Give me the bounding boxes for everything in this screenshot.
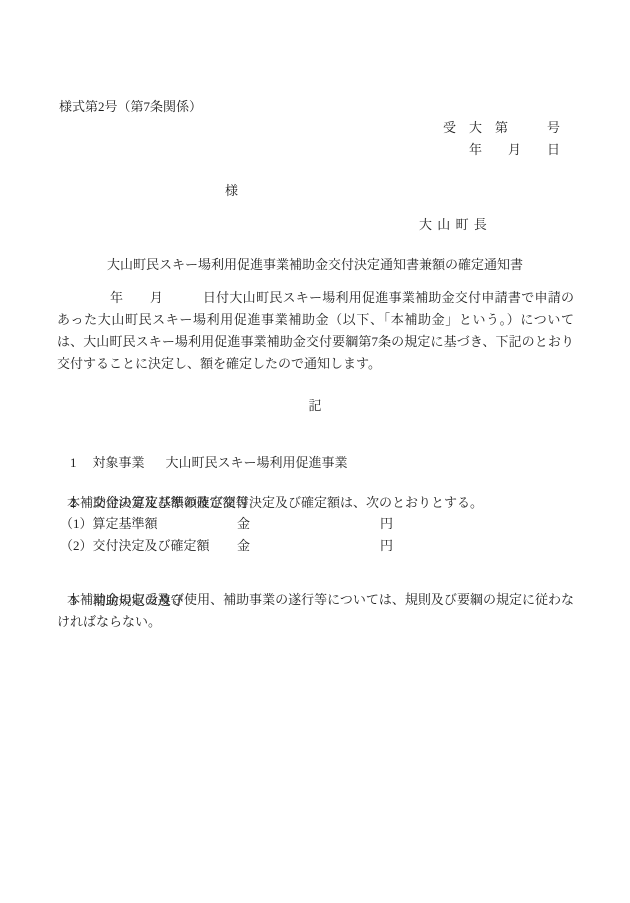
item-3-description: 本補助金の収受及び使用、補助事業の遂行等については、規則及び要綱の規定に従わなけ… — [57, 589, 574, 633]
amount-row-1-unit: 円 — [380, 513, 393, 535]
addressee-honorific: 様 — [225, 180, 238, 202]
amount-row-2-label: （2）交付決定及び確定額 — [60, 535, 210, 557]
amount-row-1-blank — [252, 513, 377, 531]
amount-row-base-amount: （1）算定基準額 金 円 — [0, 513, 630, 535]
form-number: 様式第2号（第7条関係） — [59, 96, 202, 118]
body-paragraph: 年 月 日付大山町民スキー場利用促進事業補助金交付申請書で申請のあった大山町民ス… — [57, 287, 574, 375]
sender-title: 大 山 町 長 — [419, 214, 488, 236]
amount-row-2-blank — [252, 535, 377, 553]
amount-row-1-currency-prefix: 金 — [237, 513, 250, 535]
item-1-label: 対象事業 — [93, 455, 145, 470]
document-page: 様式第2号（第7条関係） 受 大 第 号 年 月 日 様 大 山 町 長 大山町… — [0, 0, 630, 903]
record-marker: 記 — [0, 395, 630, 417]
amount-row-2-unit: 円 — [380, 535, 393, 557]
amount-row-1-label: （1）算定基準額 — [60, 513, 158, 535]
date-line: 年 月 日 — [469, 139, 560, 161]
amount-row-decided-amount: （2）交付決定及び確定額 金 円 — [0, 535, 630, 557]
document-title: 大山町民スキー場利用促進事業補助金交付決定通知書兼額の確定通知書 — [0, 254, 630, 276]
amount-row-2-currency-prefix: 金 — [237, 535, 250, 557]
item-2-description: 本補助金の算定基準額及び交付決定及び確定額は、次のとおりとする。 — [67, 492, 483, 514]
item-1-value: 大山町民スキー場利用促進事業 — [166, 455, 348, 470]
receipt-number-line: 受 大 第 号 — [443, 117, 560, 139]
